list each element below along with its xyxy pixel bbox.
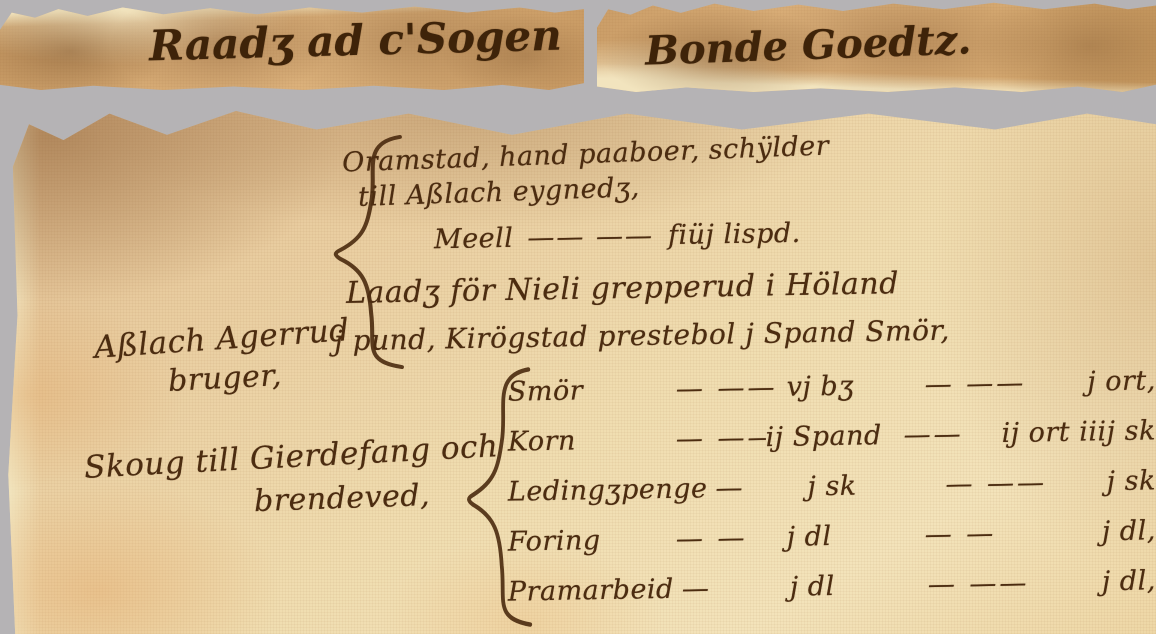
entry1-text-line4: Laadʒ för Nieli grepperud i Höland: [346, 266, 899, 311]
entry1-label-line2: bruger,: [167, 358, 283, 399]
row-dash-1: —: [707, 471, 807, 504]
row-item-label: Pramarbeid: [508, 574, 674, 608]
row-item-label: Foring: [508, 524, 669, 558]
row-dash-2: — ——: [937, 467, 1046, 500]
category-title: Bonde Goedtz.: [644, 16, 972, 74]
header-strip-category: Bonde Goedtz.: [597, 0, 1156, 92]
row-dash-2: — ——: [920, 567, 1047, 600]
parish-title: Raadʒ ad c'Sogen: [149, 11, 563, 71]
row-dash-1: —: [674, 572, 791, 605]
manuscript-scan: { "scan": { "background_gray": "#b5b3b5"…: [0, 0, 1156, 634]
row-quantity-1: vj bʒ: [786, 370, 917, 403]
meell-value: fiüj lispd.: [668, 218, 801, 251]
row-item-label: Smör: [508, 374, 669, 408]
row-quantity-2: j dl,: [1046, 515, 1156, 548]
row-quantity-2: j dl,: [1046, 565, 1156, 598]
entry1-meell-line: Meell—— ——fiüj lispd.: [434, 218, 801, 255]
entry2-label-line1: Skoug till Gierdefang och: [83, 428, 499, 486]
dues-ledger: Smör — —— vj bʒ — —— j ort, Korn — —— ij…: [508, 371, 1156, 621]
row-dash-1: — ——: [668, 372, 787, 405]
ledger-row-pramarbeid: Pramarbeid — j dl — —— j dl,: [508, 565, 1156, 626]
row-quantity-1: ij Spand: [765, 420, 896, 453]
entry1-label-line1: Aßlach Agerrud: [93, 312, 351, 366]
header-strip-parish: Raadʒ ad c'Sogen: [0, 4, 584, 90]
row-quantity-1: j dl: [790, 569, 921, 602]
row-quantity-1: j sk: [807, 469, 938, 502]
meell-dashes: —— ——: [513, 220, 668, 254]
row-dash-2: — ——: [916, 367, 1046, 400]
row-item-label: Korn: [508, 424, 669, 458]
entry2-label-line2: brendeved,: [253, 478, 430, 519]
row-dash-2: ——: [895, 418, 1001, 451]
row-dash-1: — ——: [668, 422, 766, 455]
row-dash-1: — —: [668, 522, 787, 555]
row-quantity-2: j sk: [1046, 465, 1156, 498]
manuscript-sheet: Aßlach Agerrud bruger, Oramstad, hand pa…: [6, 103, 1156, 634]
row-quantity-2: ij ort iiij sk: [1001, 415, 1156, 449]
row-quantity-2: j ort,: [1046, 365, 1156, 398]
row-dash-2: — —: [916, 517, 1046, 550]
entry1-text-line1: Oramstad, hand paaboer, schÿlder: [342, 131, 830, 179]
row-quantity-1: j dl: [786, 520, 917, 553]
meell-item: Meell: [434, 223, 514, 255]
entry1-text-line5: j pund, Kirögstad prestebol j Spand Smör…: [334, 314, 950, 358]
row-item-label: Ledingʒpenge: [508, 473, 708, 507]
